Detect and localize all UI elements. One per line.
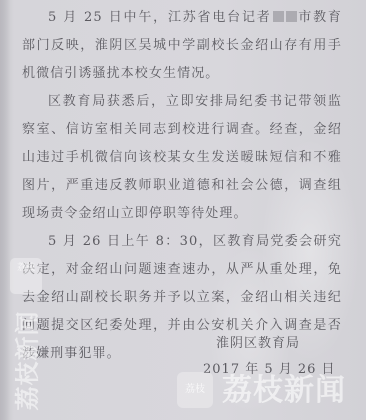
- watermark-vertical: 荔枝新闻: [10, 300, 40, 420]
- redacted-block: [273, 11, 284, 22]
- paragraph-1-text-start: 5 月 25 日中午，江苏省电台记者: [48, 10, 272, 25]
- watermark-logo-icon: 荔枝: [10, 258, 42, 294]
- document-photo: 5 月 25 日中午，江苏省电台记者市教育部门反映，淮阴区吴城中学副校长金绍山存…: [0, 0, 366, 420]
- redacted-block: [286, 11, 297, 22]
- paragraph-2: 区教育局获悉后，立即安排局纪委书记带领监察室、信访室相关同志到校进行调查。经查，…: [22, 88, 342, 228]
- watermark-vertical-text: 荔枝新闻: [8, 310, 43, 410]
- watermark-brand-text: 荔枝新闻: [222, 372, 346, 410]
- issuer-signature: 淮阴区教育局: [216, 332, 300, 351]
- watermark-logo-icon: 荔枝: [177, 372, 213, 408]
- paragraph-1: 5 月 25 日中午，江苏省电台记者市教育部门反映，淮阴区吴城中学副校长金绍山存…: [22, 4, 342, 88]
- document-body: 5 月 25 日中午，江苏省电台记者市教育部门反映，淮阴区吴城中学副校长金绍山存…: [22, 4, 342, 368]
